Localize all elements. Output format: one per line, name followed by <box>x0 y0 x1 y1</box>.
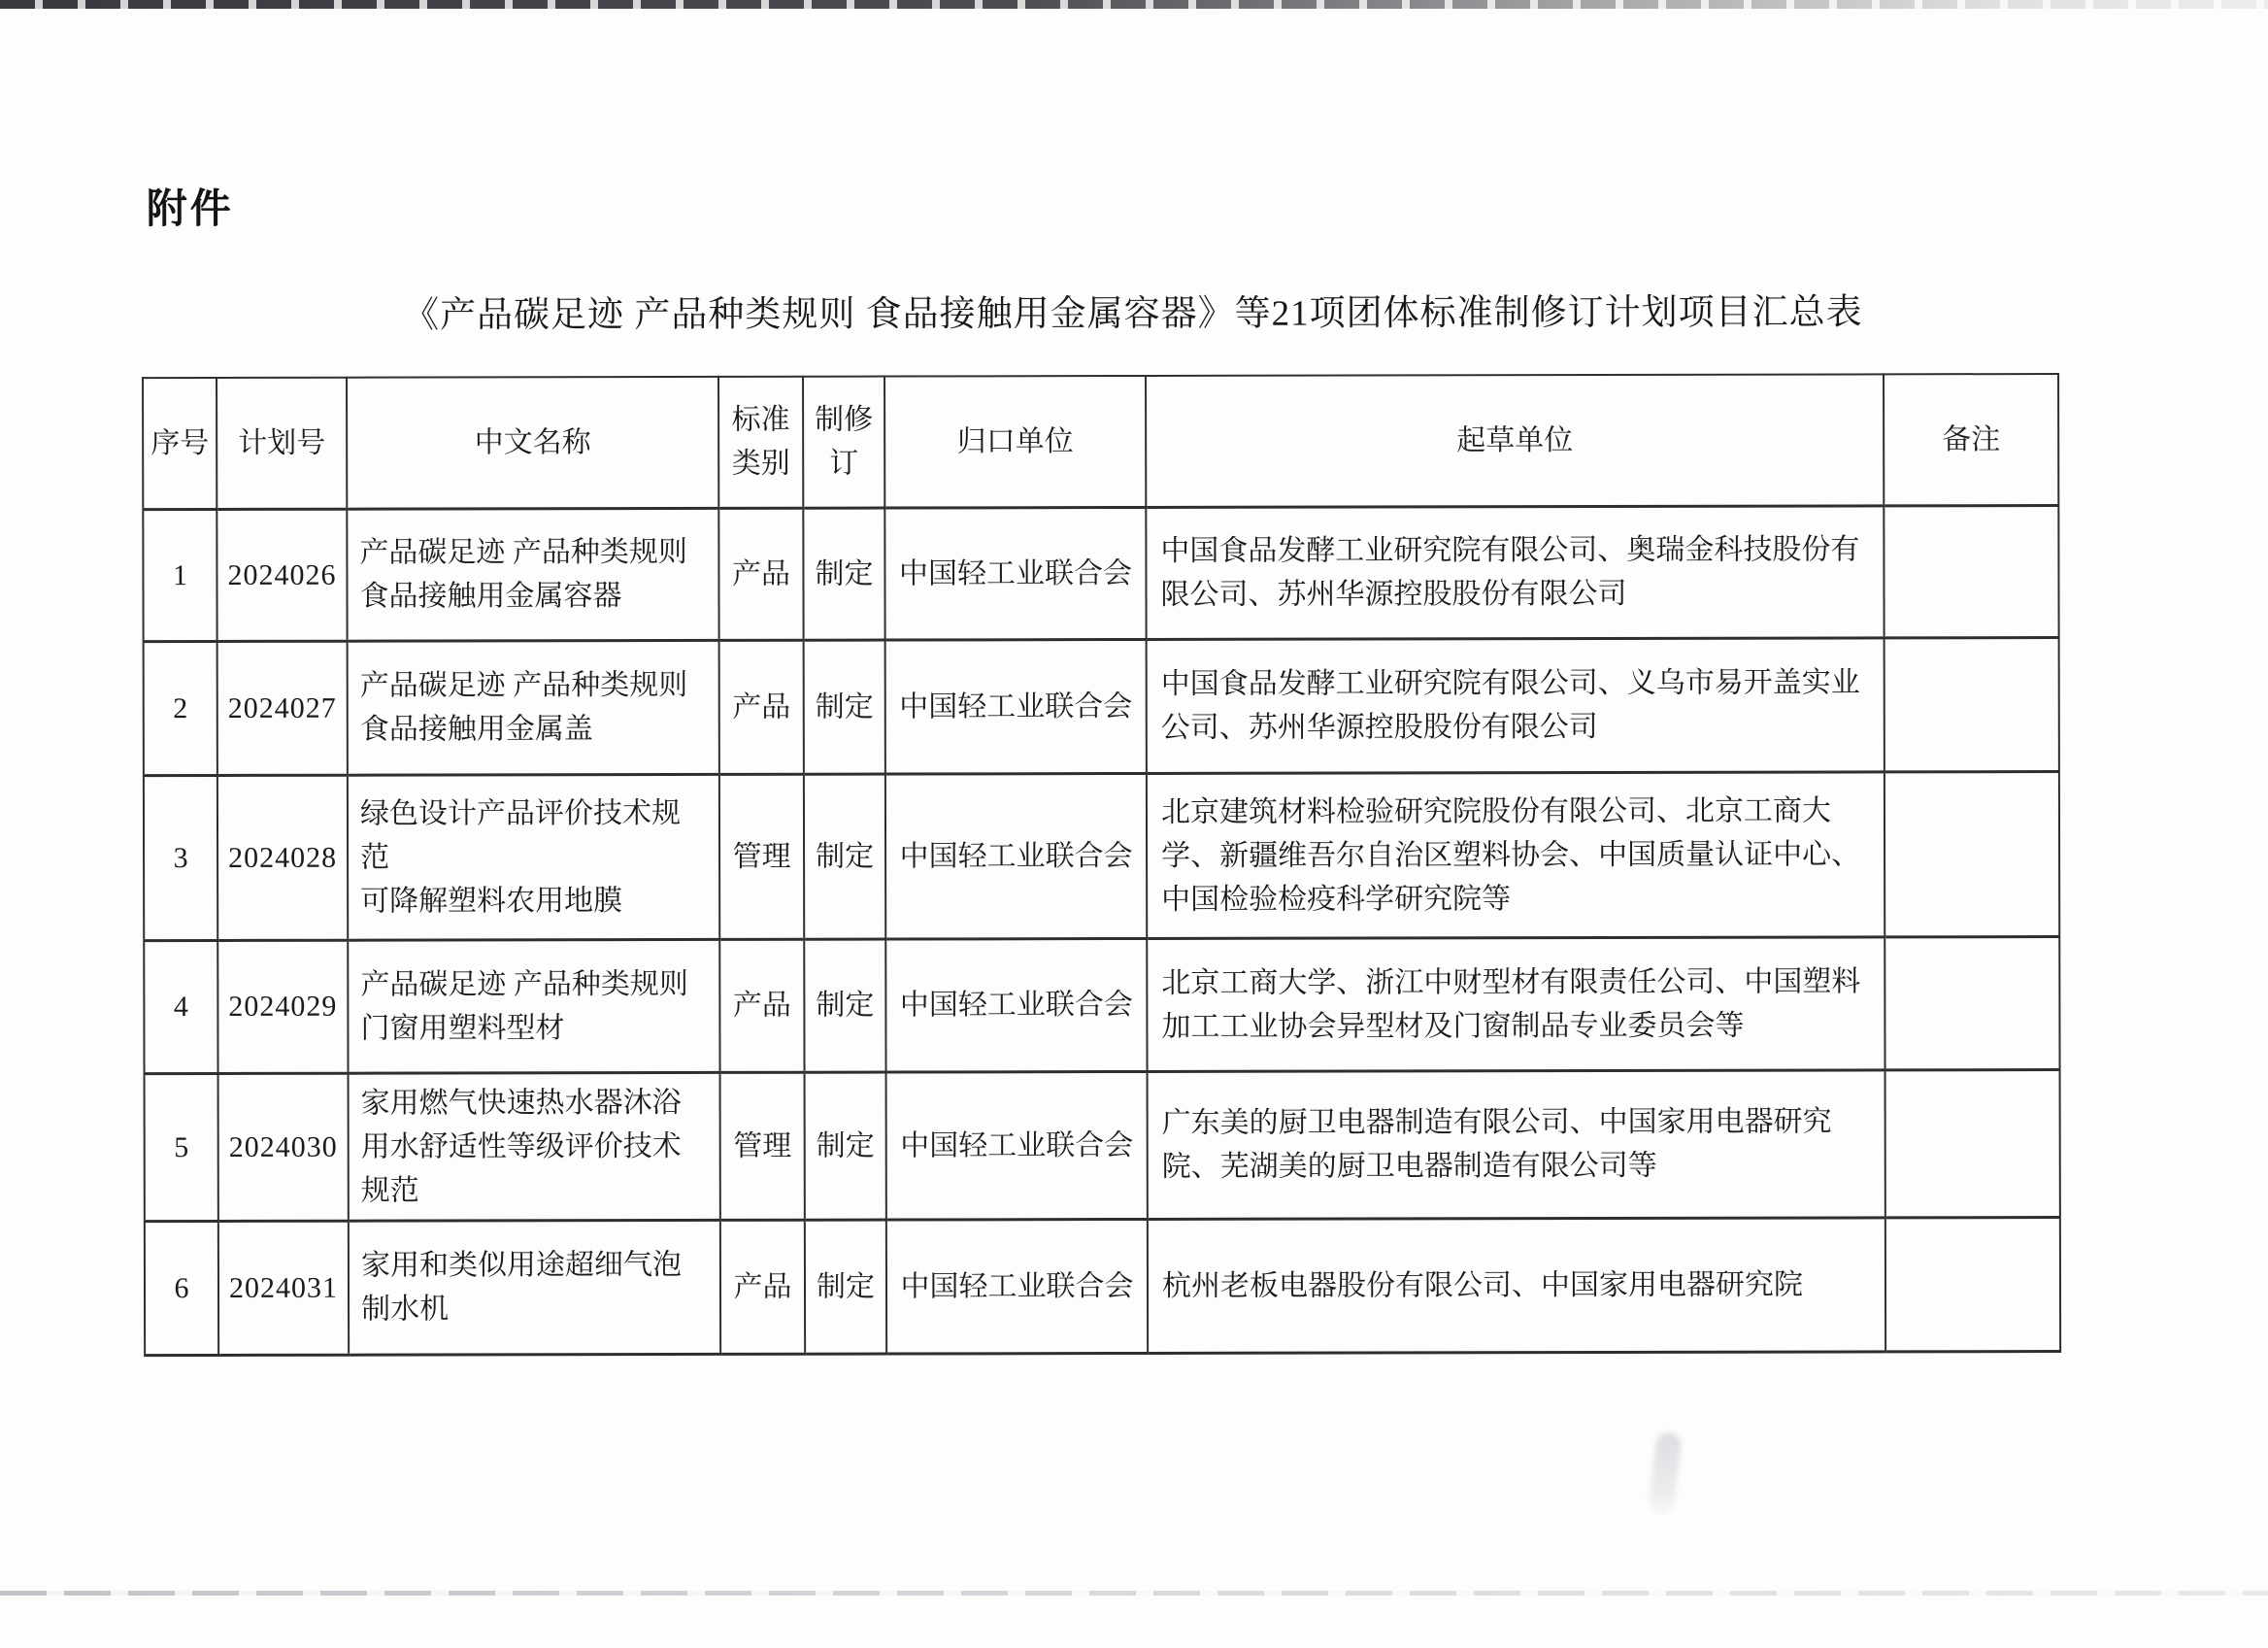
cell-serial-number: 4 <box>144 940 217 1073</box>
cell-plan-number: 2024029 <box>217 940 348 1073</box>
cell-drafting-unit: 广东美的厨卫电器制造有限公司、中国家用电器研究院、芜湖美的厨卫电器制造有限公司等 <box>1148 1069 1885 1219</box>
cell-standard-category: 产品 <box>718 508 803 640</box>
cell-drafting-unit: 杭州老板电器股份有限公司、中国家用电器研究院 <box>1148 1217 1885 1353</box>
col-header-plan-number: 计划号 <box>217 378 347 509</box>
table-row: 1 2024026 产品碳足迹 产品种类规则 食品接触用金属容器 产品 制定 中… <box>143 505 2058 641</box>
cell-drafting-unit: 北京建筑材料检验研究院股份有限公司、北京工商大学、新疆维吾尔自治区塑料协会、中国… <box>1147 771 1884 938</box>
cell-plan-number: 2024030 <box>218 1073 349 1221</box>
cell-competent-unit: 中国轻工业联合会 <box>886 1071 1148 1220</box>
cell-plan-number: 2024028 <box>217 775 348 940</box>
attachment-label: 附件 <box>147 177 234 235</box>
cell-revision-type: 制定 <box>805 1072 886 1220</box>
scanned-document-page: 附件 《产品碳足迹 产品种类规则 食品接触用金属容器》等21项团体标准制修订计划… <box>0 0 2268 1648</box>
cell-standard-category: 产品 <box>719 939 804 1072</box>
cell-serial-number: 3 <box>144 775 217 940</box>
table-row: 2 2024027 产品碳足迹 产品种类规则 食品接触用金属盖 产品 制定 中国… <box>144 637 2059 775</box>
col-header-competent-unit: 归口单位 <box>884 376 1146 508</box>
cell-serial-number: 5 <box>145 1073 218 1221</box>
table-header-row: 序号 计划号 中文名称 标准类别 制修订 归口单位 起草单位 备注 <box>143 374 2058 509</box>
col-header-revision-type: 制修订 <box>803 377 884 508</box>
cell-revision-type: 制定 <box>803 508 884 640</box>
col-header-serial-number: 序号 <box>143 378 217 509</box>
cell-remarks <box>1885 1069 2060 1217</box>
cell-serial-number: 2 <box>144 641 217 775</box>
cell-chinese-name: 产品碳足迹 产品种类规则 门窗用塑料型材 <box>348 939 719 1073</box>
cell-revision-type: 制定 <box>805 1220 886 1354</box>
cell-serial-number: 6 <box>145 1221 218 1355</box>
cell-standard-category: 管理 <box>719 774 804 939</box>
cell-standard-category: 产品 <box>719 640 804 774</box>
cell-drafting-unit: 中国食品发酵工业研究院有限公司、奥瑞金科技股份有限公司、苏州华源控股股份有限公司 <box>1146 505 1884 639</box>
table-row: 4 2024029 产品碳足迹 产品种类规则 门窗用塑料型材 产品 制定 中国轻… <box>144 936 2059 1073</box>
document-title: 《产品碳足迹 产品种类规则 食品接触用金属容器》等21项团体标准制修订计划项目汇… <box>0 282 2267 339</box>
cell-plan-number: 2024026 <box>217 509 347 641</box>
col-header-standard-category: 标准类别 <box>718 377 803 508</box>
cell-chinese-name: 产品碳足迹 产品种类规则 食品接触用金属盖 <box>348 640 719 775</box>
cell-remarks <box>1884 505 2058 637</box>
table-row: 5 2024030 家用燃气快速热水器沐浴用水舒适性等级评价技术规范 管理 制定… <box>145 1069 2060 1221</box>
scan-artifact-bottom-line <box>0 1591 2268 1596</box>
cell-revision-type: 制定 <box>804 640 885 774</box>
cell-drafting-unit: 北京工商大学、浙江中财型材有限责任公司、中国塑料加工工业协会异型材及门窗制品专业… <box>1147 936 1884 1071</box>
cell-plan-number: 2024027 <box>217 641 348 775</box>
cell-chinese-name: 产品碳足迹 产品种类规则 食品接触用金属容器 <box>347 508 718 641</box>
cell-competent-unit: 中国轻工业联合会 <box>885 639 1147 774</box>
col-header-chinese-name: 中文名称 <box>347 377 718 509</box>
cell-competent-unit: 中国轻工业联合会 <box>884 507 1146 640</box>
col-header-drafting-unit: 起草单位 <box>1146 374 1884 507</box>
cell-remarks <box>1884 936 2059 1069</box>
cell-chinese-name: 家用和类似用途超细气泡制水机 <box>349 1220 720 1355</box>
cell-remarks <box>1884 637 2059 771</box>
cell-competent-unit: 中国轻工业联合会 <box>885 773 1147 939</box>
cell-remarks <box>1885 1217 2060 1351</box>
cell-chinese-name: 家用燃气快速热水器沐浴用水舒适性等级评价技术规范 <box>349 1072 720 1221</box>
standards-plan-table: 序号 计划号 中文名称 标准类别 制修订 归口单位 起草单位 备注 1 2024… <box>142 373 2061 1357</box>
document-sheet: 附件 《产品碳足迹 产品种类规则 食品接触用金属容器》等21项团体标准制修订计划… <box>0 0 2268 1648</box>
cell-standard-category: 产品 <box>720 1220 805 1354</box>
cell-competent-unit: 中国轻工业联合会 <box>886 1219 1148 1354</box>
cell-drafting-unit: 中国食品发酵工业研究院有限公司、义乌市易开盖实业公司、苏州华源控股股份有限公司 <box>1147 637 1884 773</box>
cell-plan-number: 2024031 <box>218 1221 349 1355</box>
cell-revision-type: 制定 <box>804 774 885 939</box>
col-header-remarks: 备注 <box>1884 374 2058 505</box>
cell-chinese-name: 绿色设计产品评价技术规范 可降解塑料农用地膜 <box>348 774 719 940</box>
cell-standard-category: 管理 <box>720 1072 805 1220</box>
cell-revision-type: 制定 <box>804 939 885 1072</box>
cell-competent-unit: 中国轻工业联合会 <box>885 938 1147 1072</box>
table-row: 3 2024028 绿色设计产品评价技术规范 可降解塑料农用地膜 管理 制定 中… <box>144 771 2059 940</box>
cell-remarks <box>1884 771 2059 936</box>
table-row: 6 2024031 家用和类似用途超细气泡制水机 产品 制定 中国轻工业联合会 … <box>145 1217 2060 1355</box>
cell-serial-number: 1 <box>143 509 217 641</box>
